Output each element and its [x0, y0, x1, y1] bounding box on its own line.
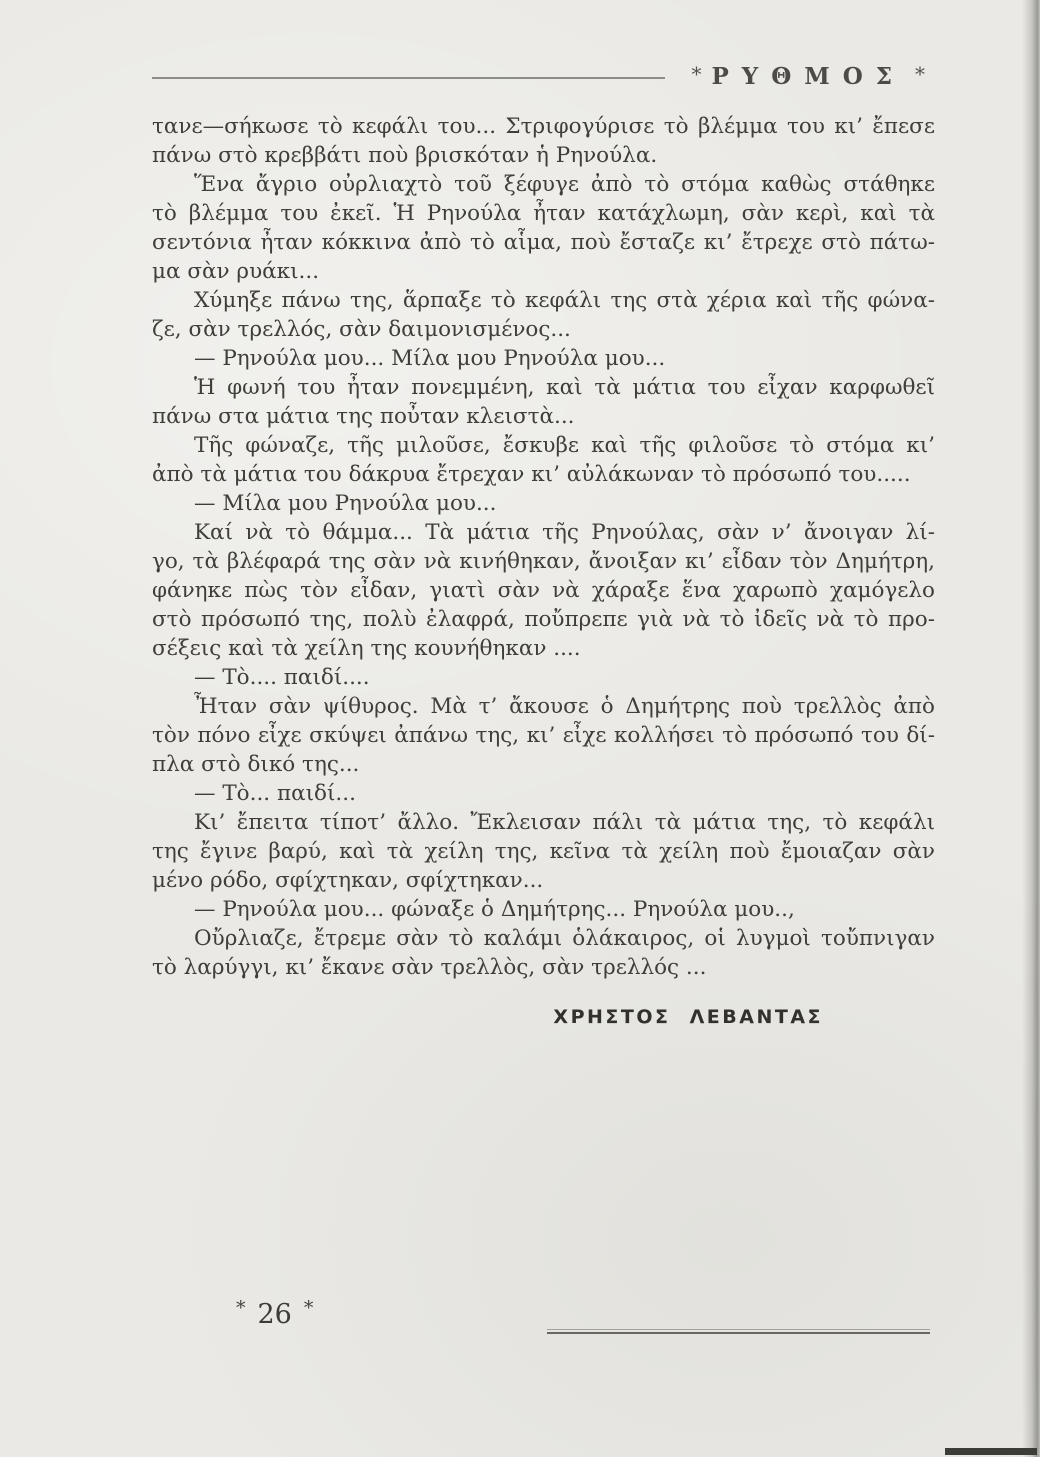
- text-line: τὸν πόνο εἶχε σκύψει ἀπάνω της, κι’ εἶχε…: [152, 721, 935, 750]
- text-line: πάνω στα μάτια της ποὖταν κλειστὰ...: [152, 402, 935, 431]
- page-number: *26*: [236, 1297, 313, 1330]
- page-header: * ΡΥΘΜΟΣ *: [152, 58, 935, 94]
- text-line: Κι’ ἔπειτα τίποτ’ ἄλλο. Ἔκλεισαν πάλι τὰ…: [152, 808, 935, 837]
- text-line: μένο ρόδο, σφίχτηκαν, σφίχτηκαν...: [152, 866, 935, 895]
- text-line: πλα στὸ δικό της...: [152, 750, 935, 779]
- asterisk-icon: *: [691, 62, 701, 86]
- page-number-value: 26: [258, 1299, 292, 1330]
- text-line: τανε—σήκωσε τὸ κεφάλι του... Στριφογύρισ…: [152, 112, 935, 141]
- asterisk-icon: *: [915, 62, 925, 86]
- text-line: — Τὸ... παιδί...: [152, 779, 935, 808]
- asterisk-icon: *: [236, 1297, 246, 1319]
- scan-edge-shadow: [1022, 0, 1040, 1457]
- text-line: γο, τὰ βλέφαρά της σὰν νὰ κινήθηκαν, ἄνο…: [152, 547, 935, 576]
- text-line: πάνω στὸ κρεββάτι ποὺ βρισκόταν ἡ Ρηνούλ…: [152, 141, 935, 170]
- masthead: * ΡΥΘΜΟΣ *: [681, 63, 935, 90]
- text-line: — Μίλα μου Ρηνούλα μου...: [152, 489, 935, 518]
- text-line: της ἔγινε βαρύ, καὶ τὰ χείλη της, κεῖνα …: [152, 837, 935, 866]
- text-line: τὸ λαρύγγι, κι’ ἔκανε σὰν τρελλὸς, σὰν τ…: [152, 953, 935, 982]
- text-line: τὸ βλέμμα του ἐκεῖ. Ἡ Ρηνούλα ἦταν κατάχ…: [152, 199, 935, 228]
- text-line: Χύμηξε πάνω της, ἅρπαξε τὸ κεφάλι της στ…: [152, 286, 935, 315]
- scanned-page: * ΡΥΘΜΟΣ * τανε—σήκωσε τὸ κεφάλι του... …: [0, 0, 1040, 1457]
- text-line: Ἕνα ἄγριο οὐρλιαχτὸ τοῦ ξέφυγε ἀπὸ τὸ στ…: [152, 170, 935, 199]
- text-line: μα σὰν ρυάκι...: [152, 257, 935, 286]
- text-line: στὸ πρόσωπό της, πολὺ ἐλαφρά, ποὔπρεπε γ…: [152, 605, 935, 634]
- text-line: — Ρηνούλα μου... Μίλα μου Ρηνούλα μου...: [152, 344, 935, 373]
- text-line: — Τὸ.... παιδί....: [152, 663, 935, 692]
- text-line: — Ρηνούλα μου... φώναξε ὁ Δημήτρης... Ρη…: [152, 895, 935, 924]
- text-line: σέξεις καὶ τὰ χείλη της κουνήθηκαν ....: [152, 634, 935, 663]
- text-line: σεντόνια ἦταν κόκκινα ἀπὸ τὸ αἷμα, ποὺ ἔ…: [152, 228, 935, 257]
- scan-corner-mark: [945, 1448, 1037, 1455]
- text-line: Ἡ φωνή του ἦταν πονεμμένη, καὶ τὰ μάτια …: [152, 373, 935, 402]
- body-text: τανε—σήκωσε τὸ κεφάλι του... Στριφογύρισ…: [152, 112, 935, 982]
- text-line: Ἦταν σὰν ψίθυρος. Μὰ τ’ ἄκουσε ὁ Δημήτρη…: [152, 692, 935, 721]
- text-line: ἀπὸ τὰ μάτια του δάκρυα ἔτρεχαν κι’ αὐλά…: [152, 460, 935, 489]
- masthead-title: ΡΥΘΜΟΣ: [711, 63, 905, 90]
- text-line: ζε, σὰν τρελλός, σὰν δαιμονισμένος...: [152, 315, 935, 344]
- text-line: Οὔρλιαζε, ἔτρεμε σὰν τὸ καλάμι ὁλάκαιρος…: [152, 924, 935, 953]
- text-line: Καί νὰ τὸ θάμμα... Τὰ μάτια τῆς Ρηνούλας…: [152, 518, 935, 547]
- header-rule: [152, 77, 665, 79]
- text-line: φάνηκε πὼς τὸν εἶδαν, γιατὶ σὰν νὰ χάραξ…: [152, 576, 935, 605]
- text-line: Τῆς φώναζε, τῆς μιλοῦσε, ἔσκυβε καὶ τῆς …: [152, 431, 935, 460]
- footer-rule: [547, 1329, 930, 1334]
- asterisk-icon: *: [304, 1297, 314, 1319]
- author-signature: ΧΡΗΣΤΟΣ ΛΕΒΑΝΤΑΣ: [152, 1006, 935, 1028]
